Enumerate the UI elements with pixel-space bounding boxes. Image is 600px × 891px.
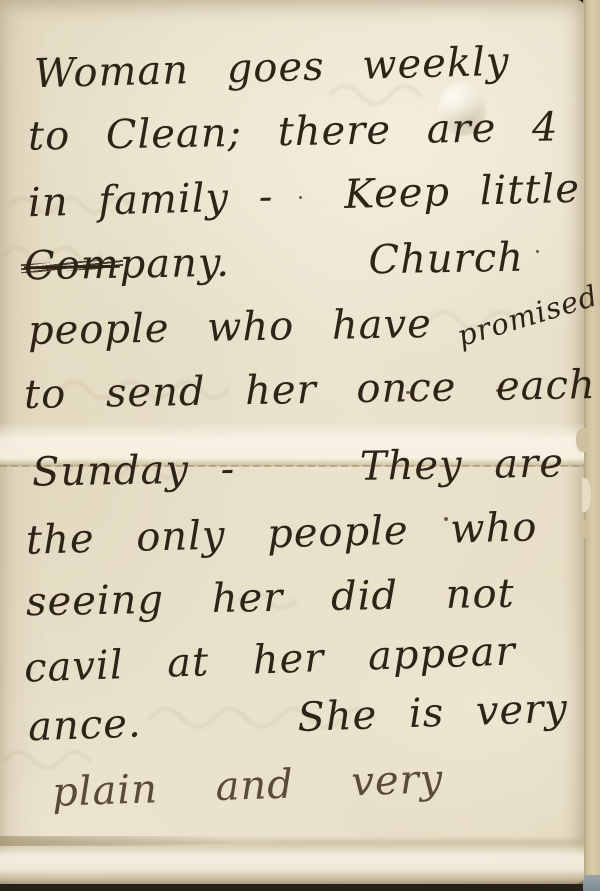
handwritten-line-2: to Clean; there are 4 [28,107,559,156]
struck-text: Com [24,242,120,290]
line-text: Sunday - [32,449,236,493]
paper-speck [536,250,539,253]
fold-crease-bottom [0,836,584,884]
line-text: ance. [27,703,142,747]
line-text: people who have [28,301,433,354]
handwritten-line-9: seeing her did not [26,574,515,623]
handwritten-line-7: Sunday - They are [32,443,565,492]
line-text: Keep little [344,169,581,215]
line-text: pany. [119,240,230,288]
scan-bottom-right-corner [583,875,600,891]
line-text: Church [368,238,524,281]
scribbled-word: Company. [24,243,231,287]
line-text: They are [360,443,565,487]
line-text: in family - [28,177,274,223]
handwritten-line-4: Company. Church [24,238,525,287]
handwritten-line-1: Woman goes weekly [34,42,510,94]
letter-scan: Woman goes weekly to Clean; there are 4 … [0,0,600,891]
line-text: to Clean; there are 4 [28,104,559,159]
line-text: She is very [297,689,569,738]
letter-page: Woman goes weekly to Clean; there are 4 … [0,0,584,884]
line-text: seeing her did not [26,571,515,626]
torn-edge-notch [578,520,587,538]
torn-edge-notch [576,428,587,452]
handwritten-line-6: to send her once each [24,365,596,415]
